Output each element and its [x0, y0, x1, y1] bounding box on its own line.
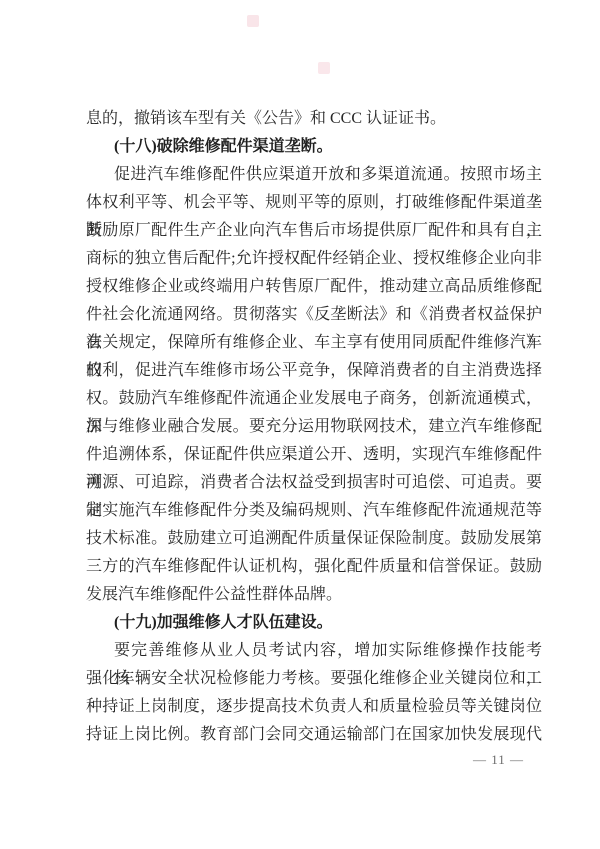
text-line: 技术标准。鼓励建立可追溯配件质量保证保险制度。鼓励发展第 — [86, 525, 542, 553]
text-line: 件追溯体系，保证配件供应渠道公开、透明，实现汽车维修配件可 — [86, 441, 542, 469]
text-line: 商标的独立售后配件;允许授权配件经销企业、授权维修企业向非 — [86, 245, 542, 273]
text-line: 定实施汽车维修配件分类及编码规则、汽车维修配件流通规范等 — [86, 497, 542, 525]
text-line: 深与维修业融合发展。要充分运用物联网技术，建立汽车维修配 — [86, 413, 542, 441]
document-text: 息的，撤销该车型有关《公告》和 CCC 认证证书。(十八)破除维修配件渠道垄断。… — [86, 105, 542, 749]
text-line: 息的，撤销该车型有关《公告》和 CCC 认证证书。 — [86, 105, 542, 133]
section-heading: (十八)破除维修配件渠道垄断。 — [86, 133, 542, 161]
text-line: 发展汽车维修配件公益性群体品牌。 — [86, 581, 542, 609]
text-line: 持证上岗比例。教育部门会同交通运输部门在国家加快发展现代 — [86, 721, 542, 749]
document-page: 息的，撤销该车型有关《公告》和 CCC 认证证书。(十八)破除维修配件渠道垄断。… — [0, 0, 600, 849]
text-line: 促进汽车维修配件供应渠道开放和多渠道流通。按照市场主 — [86, 161, 542, 189]
text-line: 件社会化流通网络。贯彻落实《反垄断法》和《消费者权益保护法》 — [86, 301, 542, 329]
text-line: 要完善维修从业人员考试内容，增加实际维修操作技能考核， — [86, 637, 542, 665]
text-line: 有关规定，保障所有维修企业、车主享有使用同质配件维修汽车的 — [86, 329, 542, 357]
page-number: — 11 — — [473, 751, 524, 769]
text-line: 权利，促进汽车维修市场公平竞争，保障消费者的自主消费选择 — [86, 357, 542, 385]
text-line: 体权利平等、机会平等、规则平等的原则，打破维修配件渠道垄断， — [86, 189, 542, 217]
scan-artifact-mark — [247, 15, 259, 27]
scan-artifact-mark — [318, 62, 330, 74]
text-line: 三方的汽车维修配件认证机构，强化配件质量和信誉保证。鼓励 — [86, 553, 542, 581]
section-heading: (十九)加强维修人才队伍建设。 — [86, 609, 542, 637]
text-line: 强化车辆安全状况检修能力考核。要强化维修企业关键岗位和工 — [86, 665, 542, 693]
text-line: 权。鼓励汽车维修配件流通企业发展电子商务，创新流通模式，加 — [86, 385, 542, 413]
text-line: 鼓励原厂配件生产企业向汽车售后市场提供原厂配件和具有自主 — [86, 217, 542, 245]
text-line: 溯源、可追踪，消费者合法权益受到损害时可追偿、可追责。要制 — [86, 469, 542, 497]
text-line: 授权维修企业或终端用户转售原厂配件，推动建立高品质维修配 — [86, 273, 542, 301]
text-line: 种持证上岗制度，逐步提高技术负责人和质量检验员等关键岗位 — [86, 693, 542, 721]
